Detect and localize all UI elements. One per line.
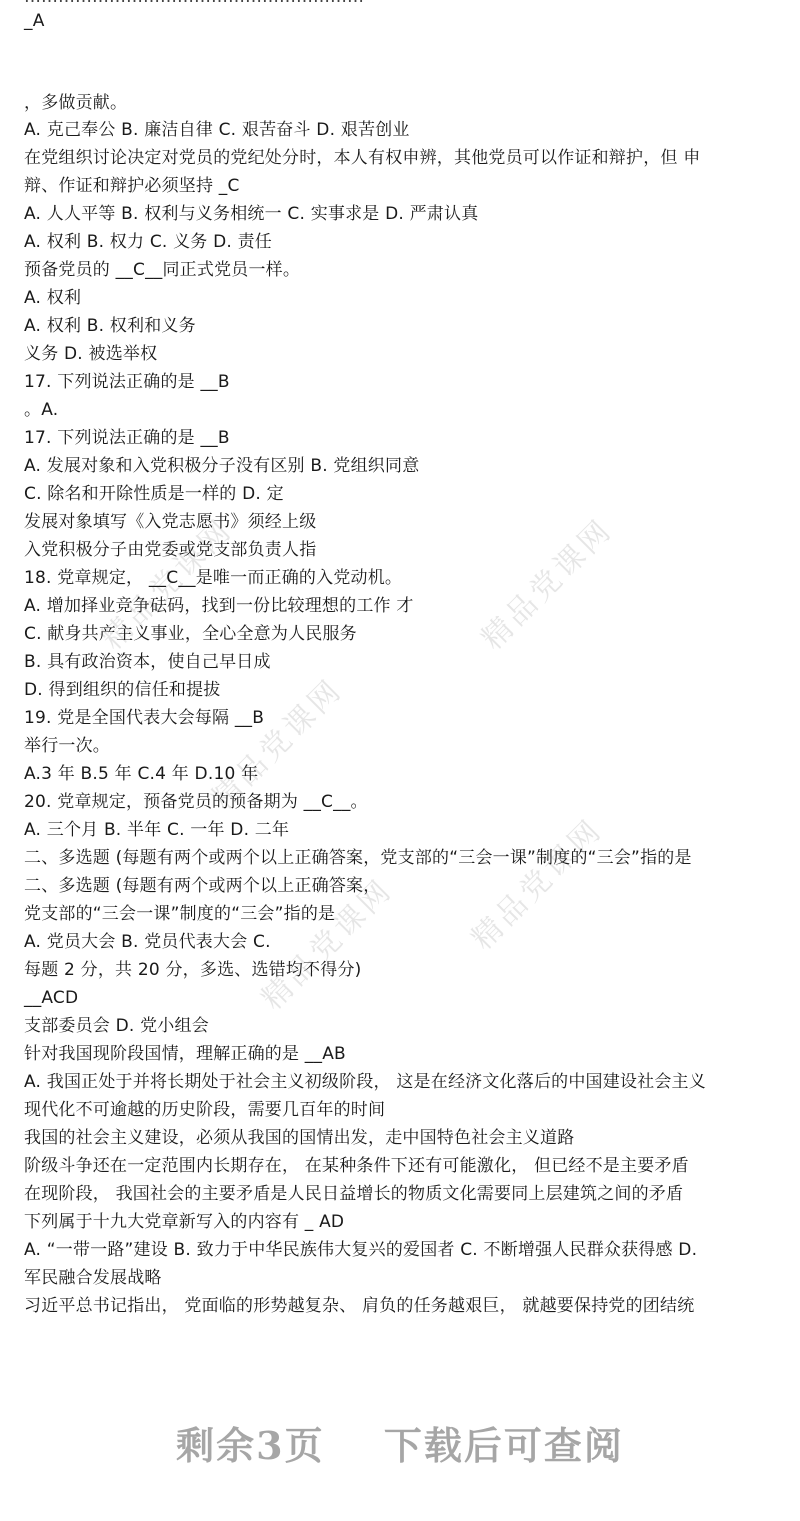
document-line: 在现阶段， 我国社会的主要矛盾是人民日益增长的物质文化需要同上层建筑之间的矛盾 — [24, 1183, 683, 1205]
document-line: A. 权利 B. 权力 C. 义务 D. 责任 — [24, 231, 272, 253]
document-line: A. 我国正处于并将长期处于社会主义初级阶段， 这是在经济文化落后的中国建设社会… — [24, 1071, 706, 1093]
document-line: A. 增加择业竞争砝码，找到一份比较理想的工作 才 — [24, 595, 414, 617]
document-line: 19. 党是全国代表大会每隔 __B — [24, 707, 264, 729]
document-line: 二、多选题 (每题有两个或两个以上正确答案，党支部的“三会一课”制度的“三会”指… — [24, 847, 692, 869]
document-line: D. 得到组织的信任和提拔 — [24, 679, 221, 701]
document-line: 20. 党章规定，预备党员的预备期为 __C__。 — [24, 791, 368, 813]
document-line: 二、多选题 (每题有两个或两个以上正确答案， — [24, 875, 380, 897]
document-line: A.3 年 B.5 年 C.4 年 D.10 年 — [24, 763, 258, 785]
document-line: 17. 下列说法正确的是 __B — [24, 427, 230, 449]
document-line: 习近平总书记指出， 党面临的形势越复杂、 肩负的任务越艰巨， 就越要保持党的团结… — [24, 1295, 694, 1317]
document-line: B. 具有政治资本，使自己早日成 — [24, 651, 271, 673]
remaining-pages-label: 剩余3页 — [176, 1423, 324, 1468]
document-line: 。A. — [24, 399, 58, 421]
document-line: __ACD — [24, 987, 78, 1009]
document-line: 入党积极分子由党委或党支部负责人指 — [24, 539, 316, 561]
document-line: 下列属于十九大党章新写入的内容有 _ AD — [24, 1211, 344, 1233]
document-line: 我国的社会主义建设，必须从我国的国情出发，走中国特色社会主义道路 — [24, 1127, 574, 1149]
document-line: 预备党员的 __C__同正式党员一样。 — [24, 259, 300, 281]
document-line: 在党组织讨论决定对党员的党纪处分时，本人有权申辨，其他党员可以作证和辩护，但 申 — [24, 147, 700, 169]
document-line: A. 党员大会 B. 党员代表大会 C. — [24, 931, 271, 953]
document-line: _A — [24, 10, 45, 32]
document-line: 义务 D. 被选举权 — [24, 343, 157, 365]
document-line: C. 除名和开除性质是一样的 D. 定 — [24, 483, 284, 505]
document-line: 支部委员会 D. 党小组会 — [24, 1015, 209, 1037]
document-line: A. 人人平等 B. 权利与义务相统一 C. 实事求是 D. 严肃认真 — [24, 203, 478, 225]
document-line: 党支部的“三会一课”制度的“三会”指的是 — [24, 903, 335, 925]
document-line: A. 三个月 B. 半年 C. 一年 D. 二年 — [24, 819, 289, 841]
document-line: A. 克己奉公 B. 廉洁自律 C. 艰苦奋斗 D. 艰苦创业 — [24, 119, 410, 141]
cutoff-top-line: …………………………………………………… — [24, 0, 544, 6]
document-line: 现代化不可逾越的历史阶段，需要几百年的时间 — [24, 1099, 385, 1121]
watermark-text: 精品党课网 — [459, 806, 610, 957]
document-line: 军民融合发展战略 — [24, 1267, 162, 1289]
document-line: 17. 下列说法正确的是 __B — [24, 371, 230, 393]
document-line: 针对我国现阶段国情，理解正确的是 __AB — [24, 1043, 346, 1065]
document-line: A. “一带一路”建设 B. 致力于中华民族伟大复兴的爱国者 C. 不断增强人民… — [24, 1239, 697, 1261]
download-banner[interactable]: 剩余3页 下载后可查阅 — [0, 1415, 800, 1470]
document-line: 每题 2 分，共 20 分，多选、选错均不得分) — [24, 959, 362, 981]
document-line: ，多做贡献。 — [24, 92, 127, 114]
document-line: 辩、作证和辩护必须坚持 _C — [24, 175, 240, 197]
document-line: A. 发展对象和入党积极分子没有区别 B. 党组织同意 — [24, 455, 419, 477]
document-line: A. 权利 — [24, 287, 81, 309]
document-line: 发展对象填写《入党志愿书》须经上级 — [24, 511, 316, 533]
document-line: A. 权利 B. 权利和义务 — [24, 315, 196, 337]
document-line: 举行一次。 — [24, 735, 110, 757]
document-line: C. 献身共产主义事业，全心全意为人民服务 — [24, 623, 357, 645]
document-line: 阶级斗争还在一定范围内长期存在， 在某种条件下还有可能激化， 但已经不是主要矛盾 — [24, 1155, 689, 1177]
download-prompt-label: 下载后可查阅 — [384, 1423, 624, 1468]
document-line: 18. 党章规定， __C__是唯一而正确的入党动机。 — [24, 567, 402, 589]
watermark-text: 精品党课网 — [469, 506, 620, 657]
